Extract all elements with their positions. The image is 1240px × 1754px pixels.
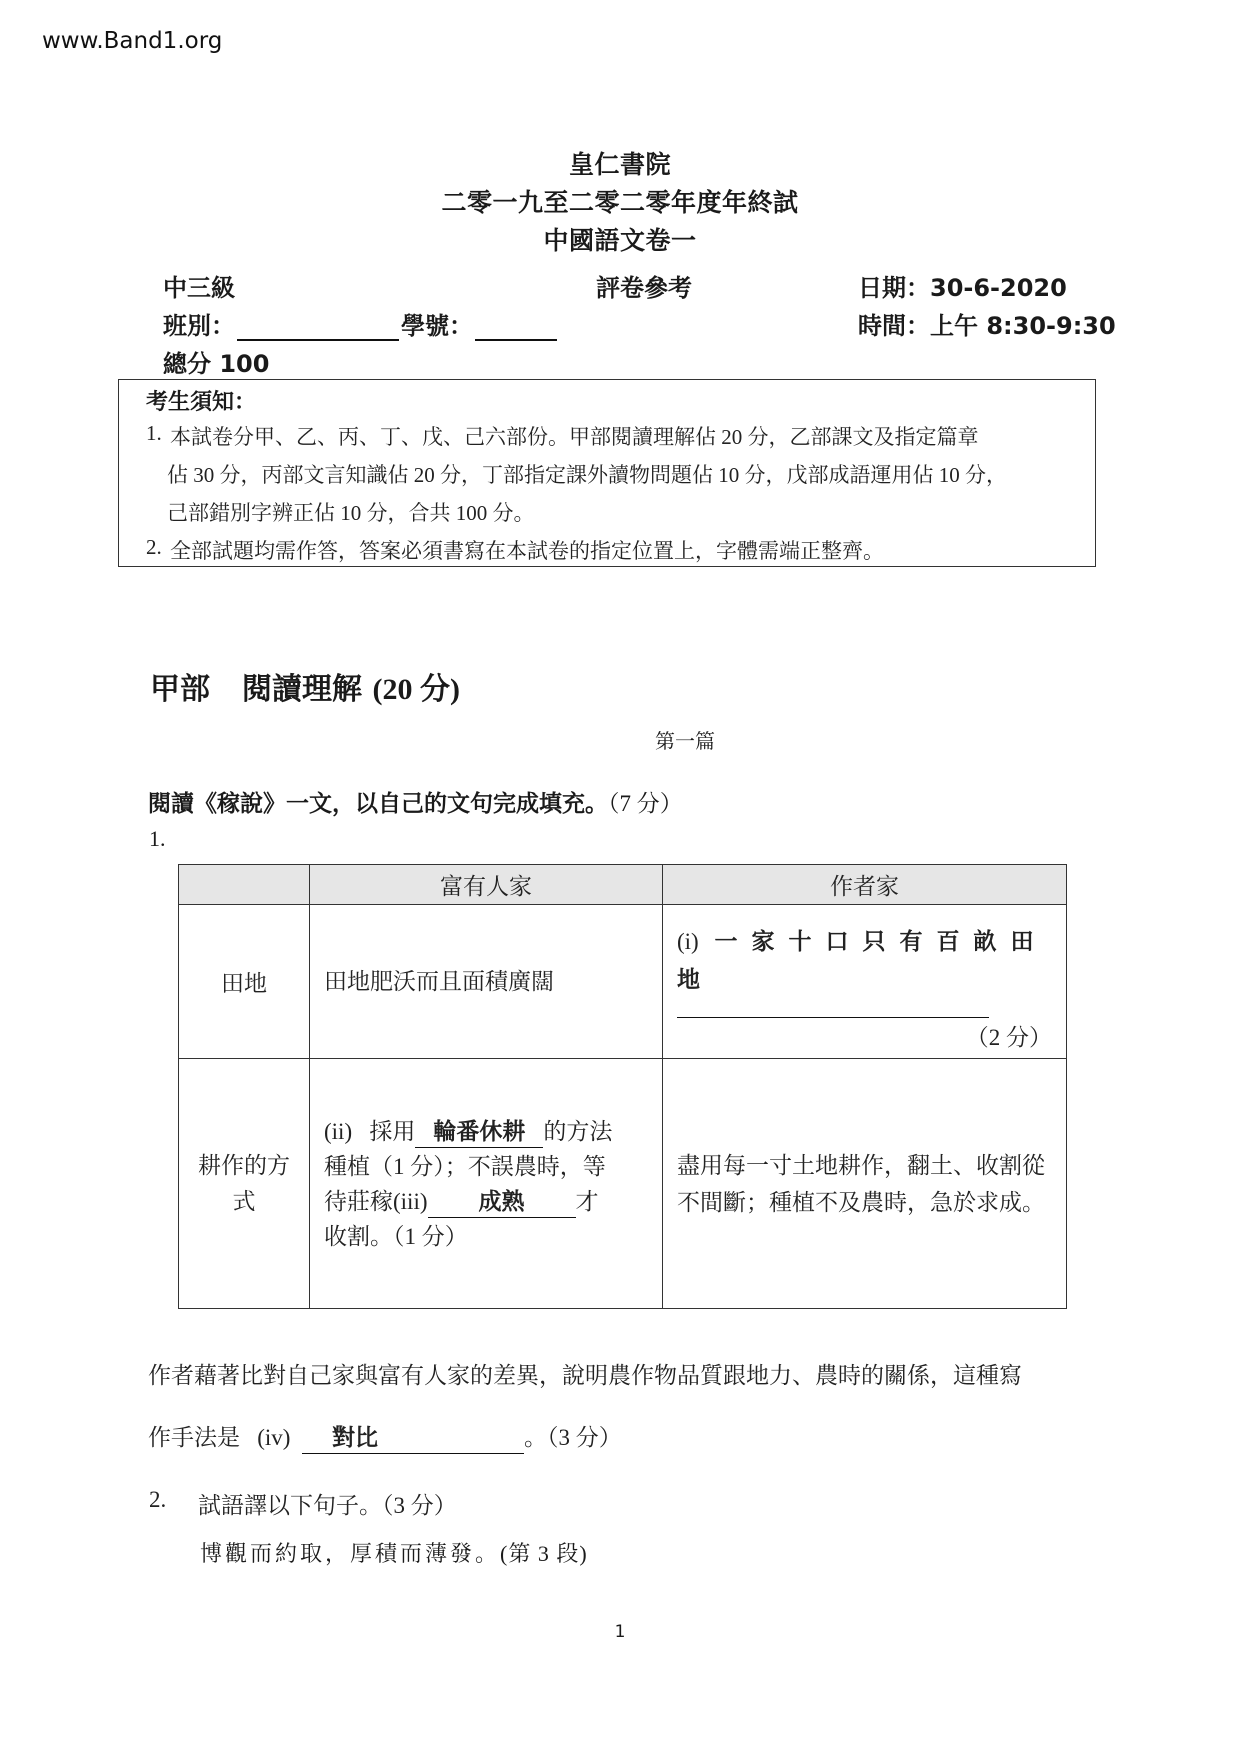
question-2-number: 2. [149, 1487, 166, 1513]
answer-iv-prefix: (iv) [257, 1425, 290, 1450]
author-land-cell: (i) 一家十口只有百畝田地 （2 分） [663, 905, 1067, 1059]
summary-line-1: 作者藉著比對自己家與富有人家的差異，說明農作物品質跟地力、農時的關係，這種寫 [148, 1357, 1022, 1390]
grade-label: 中三級 [163, 268, 235, 303]
rich-farming-text: (ii) 採用輪番休耕的方法 種植（1 分）；不誤農時，等 待莊稼(iii)成熟… [310, 1114, 662, 1254]
table-row: 耕作的方式 (ii) 採用輪番休耕的方法 種植（1 分）；不誤農時，等 待莊稼(… [179, 1059, 1067, 1309]
exam-title: 二零一九至二零二零年度年終試 [0, 183, 1240, 219]
answer-i: 一家十口只有百畝田地 [677, 928, 1047, 993]
date-label: 日期：30-6-2020 [858, 268, 1067, 303]
section-marks: (20 分) [372, 673, 459, 706]
answer-iii-prefix: (iii) [393, 1189, 428, 1214]
comparison-table: 富有人家 作者家 田地 田地肥沃而且面積廣闊 (i) 一家十口只有百畝田地 （2… [178, 864, 1067, 1309]
author-farming-cell: 盡用每一寸土地耕作，翻土、收割從不間斷；種植不及農時，急於求成。 [663, 1059, 1067, 1309]
question-1-instruction: 閱讀《稼說》一文，以自己的文句完成填充。（7 分） [148, 785, 683, 818]
answer-iv-text: 對比 [308, 1424, 378, 1451]
table-header-row: 富有人家 作者家 [179, 865, 1067, 905]
class-field[interactable] [237, 315, 399, 341]
author-land-answer-line: (i) 一家十口只有百畝田地 [663, 905, 1066, 999]
table-header-blank [179, 865, 310, 905]
page-number: 1 [0, 1622, 1240, 1642]
source-sentence: 博觀而約取，厚積而薄發。 [200, 1541, 500, 1566]
doc-type-label: 評卷參考 [596, 268, 692, 303]
rich-land-cell: 田地肥沃而且面積廣闊 [310, 905, 663, 1059]
watermark-url: www.Band1.org [42, 28, 222, 54]
answer-i-marks: （2 分） [663, 1018, 1066, 1058]
section-name: 閱讀理解 [242, 672, 362, 707]
answer-iii[interactable]: 成熟 [428, 1187, 576, 1218]
notice-item-1-number: 1. [146, 421, 162, 446]
section-part: 甲部 [150, 672, 210, 707]
student-no-field[interactable] [475, 315, 557, 341]
notice-item-1-line-3: 己部錯別字辨正佔 10 分，合共 100 分。 [167, 497, 535, 527]
text-fragment: 的方法 [543, 1119, 612, 1144]
table-header-rich-family: 富有人家 [310, 865, 663, 905]
source-reference: (第 3 段) [500, 1541, 588, 1566]
question-2-source: 博觀而約取，厚積而薄發。(第 3 段) [200, 1537, 588, 1568]
notice-item-1-line-1: 本試卷分甲、乙、丙、丁、戊、己六部份。甲部閱讀理解佔 20 分，乙部課文及指定篇… [170, 421, 979, 451]
row-label-land: 田地 [179, 905, 310, 1059]
section-heading: 甲部閱讀理解 (20 分) [150, 664, 460, 708]
summary-line-2: 作手法是 (iv) 對比。（3 分） [148, 1419, 622, 1454]
question-1-number: 1. [149, 826, 166, 852]
table-row: 田地 田地肥沃而且面積廣闊 (i) 一家十口只有百畝田地 （2 分） [179, 905, 1067, 1059]
notice-title: 考生須知： [146, 385, 256, 416]
notice-item-1-line-2: 佔 30 分，丙部文言知識佔 20 分，丁部指定課外讀物問題佔 10 分，戊部成… [167, 459, 1007, 489]
class-student-row: 班別：學號： [163, 306, 559, 341]
text-line: 收割。（1 分） [324, 1219, 648, 1254]
text-fragment: 待莊稼 [324, 1189, 393, 1214]
answer-ii-prefix: (ii) [324, 1119, 352, 1144]
class-label: 班別： [163, 312, 235, 340]
row-label-farming-method: 耕作的方式 [179, 1059, 310, 1309]
paper-title: 中國語文卷一 [0, 221, 1240, 257]
rich-land-text: 田地肥沃而且面積廣闊 [310, 963, 662, 1001]
answer-iv[interactable]: 對比 [302, 1423, 524, 1454]
instruction-marks: （7 分） [608, 791, 683, 816]
author-farming-text: 盡用每一寸土地耕作，翻土、收割從不間斷；種植不及農時，急於求成。 [663, 1147, 1066, 1221]
school-name: 皇仁書院 [0, 145, 1240, 181]
farming-method-label: 耕作的方式 [179, 1148, 309, 1220]
table-header-author-family: 作者家 [663, 865, 1067, 905]
time-label: 時間：上午 8:30-9:30 [858, 306, 1116, 341]
answer-ii[interactable]: 輪番休耕 [415, 1117, 543, 1148]
passage-label: 第一篇 [0, 725, 1240, 754]
rich-farming-cell: (ii) 採用輪番休耕的方法 種植（1 分）；不誤農時，等 待莊稼(iii)成熟… [310, 1059, 663, 1309]
notice-item-2-line-1: 全部試題均需作答，答案必須書寫在本試卷的指定位置上，字體需端正整齊。 [170, 535, 884, 565]
summary-marks: 。（3 分） [524, 1425, 622, 1450]
notice-item-2-number: 2. [146, 535, 162, 560]
text-line: 種植（1 分）；不誤農時，等 [324, 1149, 648, 1184]
text-fragment: 作手法是 [148, 1425, 240, 1450]
student-no-label: 學號： [401, 312, 473, 340]
question-2-instruction: 試語譯以下句子。（3 分） [198, 1487, 457, 1520]
answer-i-prefix: (i) [677, 929, 699, 954]
text-fragment: 採用 [369, 1119, 415, 1144]
total-marks-label: 總分 100 [163, 344, 269, 379]
text-fragment: 才 [576, 1189, 599, 1214]
instruction-text: 閱讀《稼說》一文，以自己的文句完成填充。 [148, 791, 608, 817]
answer-i-blank-line[interactable] [677, 999, 989, 1018]
